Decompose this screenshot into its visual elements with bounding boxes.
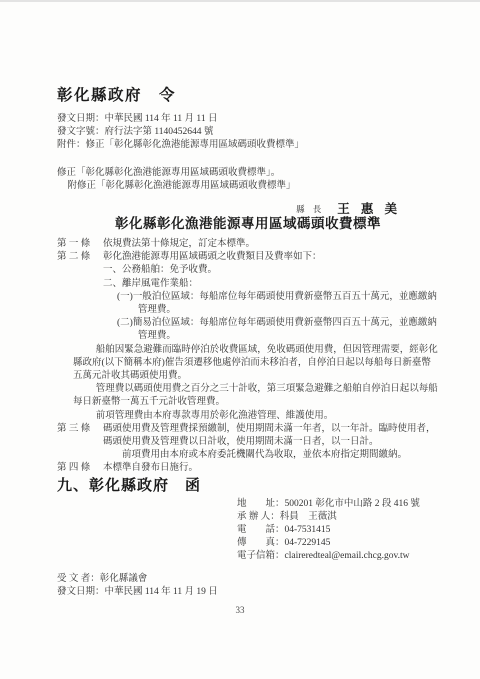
article-sublist-item: (二)簡易泊位區域：每船席位每年碼頭使用費新臺幣四百五十萬元，並應繳納管理費。	[117, 317, 439, 343]
contact-officer: 承 辦 人：科員 王薇淇	[237, 511, 439, 524]
article-number: 第 一 條	[57, 238, 101, 251]
contact-email: 電子信箱：claireredteal@email.chcg.gov.tw	[237, 550, 439, 563]
signer-name: 王 惠 美	[337, 202, 401, 216]
signer-title: 縣 長	[296, 204, 324, 214]
article-paragraph: 船舶因緊急避難而臨時停泊於收費區域，免收碼頭使用費，但因管理需要，經彰化縣政府(…	[73, 344, 439, 384]
letter-contact-block: 地 址：500201 彰化市中山路 2 段 416 號 承 辦 人：科員 王薇淇…	[237, 498, 439, 564]
article-paragraph: 前項管理費由本府專款專用於彰化漁港管理、維護使用。	[73, 410, 439, 423]
article-2: 第 二 條 彰化漁港能源專用區域碼頭之收費類目及費率如下： 一、公務船舶：免予收…	[57, 251, 439, 423]
article-number: 第 二 條	[57, 251, 101, 264]
article-paragraph: 碼頭使用費及管理費採預繳制，使用期間未滿一年者，以一年計。臨時使用者，碼頭使用費…	[103, 423, 439, 449]
article-number: 第 四 條	[57, 462, 101, 475]
decree-title: 彰化縣政府 令	[57, 87, 439, 104]
letter-footer: 受 文 者：彰化縣議會 發文日期：中華民國 114 年 11 月 19 日	[57, 573, 439, 599]
decree-meta: 發文日期：中華民國 114 年 11 月 11 日 發文字號：府行法字第 114…	[57, 113, 439, 153]
article-number: 第 三 條	[57, 423, 101, 436]
signature-line: 縣 長 王 惠 美	[57, 199, 401, 214]
page-number: 33	[0, 605, 480, 615]
contact-phone: 電 話：04-7531415	[237, 524, 439, 537]
article-paragraph: 管理費以碼頭使用費之百分之三十計收，第三項緊急避難之船舶自停泊日起以每船每日新臺…	[73, 383, 439, 409]
document-page: 彰化縣政府 令 發文日期：中華民國 114 年 11 月 11 日 發文字號：府…	[0, 0, 480, 679]
article-paragraph: 前項費用由本府或本府委託機關代為收取，並依本府指定期間繳納。	[103, 449, 439, 462]
article-paragraph: 依規費法第十條規定，訂定本標準。	[103, 238, 439, 251]
decree-attachment: 附件：修正「彰化縣彰化漁港能源專用區域碼頭收費標準」	[57, 139, 439, 152]
article-4: 第 四 條 本標準自發布日施行。	[57, 462, 439, 475]
decree-body-line: 修正「彰化縣彰化漁港能源專用區域碼頭收費標準」。	[57, 167, 439, 180]
decree-ref-number: 發文字號：府行法字第 1140452644 號	[57, 126, 439, 139]
article-1: 第 一 條 依規費法第十條規定，訂定本標準。	[57, 238, 439, 251]
page-content: 彰化縣政府 令 發文日期：中華民國 114 年 11 月 11 日 發文字號：府…	[57, 87, 439, 599]
article-list-item: 一、公務船舶：免予收費。	[103, 264, 439, 277]
letter-recipient: 受 文 者：彰化縣議會	[57, 573, 439, 586]
contact-fax: 傳 真：04-7229145	[237, 537, 439, 550]
law-title: 彰化縣彰化漁港能源專用區域碼頭收費標準	[57, 215, 439, 232]
decree-body-line: 附修正「彰化縣彰化漁港能源專用區域碼頭收費標準」	[57, 180, 439, 193]
letter-date: 發文日期：中華民國 114 年 11 月 19 日	[57, 586, 439, 599]
article-3: 第 三 條 碼頭使用費及管理費採預繳制，使用期間未滿一年者，以一年計。臨時使用者…	[57, 423, 439, 463]
contact-address: 地 址：500201 彰化市中山路 2 段 416 號	[237, 498, 439, 511]
article-paragraph: 本標準自發布日施行。	[103, 462, 439, 475]
letter-title: 九、彰化縣政府 函	[57, 478, 439, 495]
article-list-item: 二、離岸風電作業船：	[103, 278, 439, 291]
article-paragraph: 彰化漁港能源專用區域碼頭之收費類目及費率如下：	[103, 251, 439, 264]
article-sublist-item: (一)一般泊位區域：每船席位每年碼頭使用費新臺幣五百五十萬元，並應繳納管理費。	[117, 291, 439, 317]
decree-issue-date: 發文日期：中華民國 114 年 11 月 11 日	[57, 113, 439, 126]
